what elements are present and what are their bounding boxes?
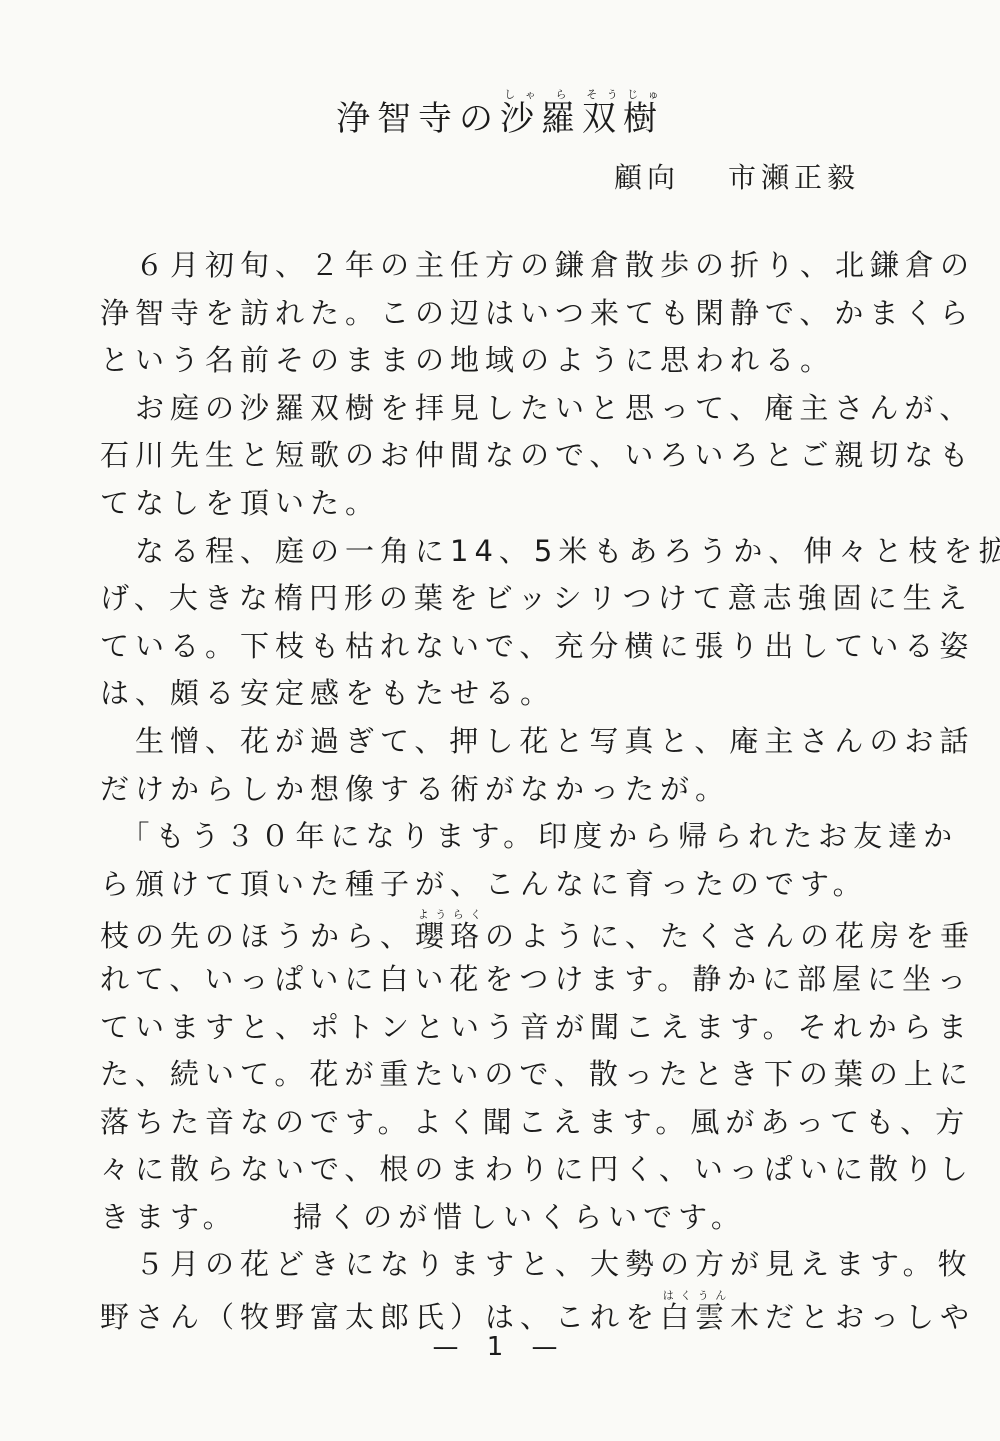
text-line: 「もう３０年になります。印度から帰られたお友達か <box>100 813 912 861</box>
ruby-annotated-text: 瓔よう <box>415 919 450 953</box>
text-line: げ、大きな楕円形の葉をビッシリつけて意志強固に生え <box>100 575 912 623</box>
text-line: 落ちた音なのです。よく聞こえます。風があっても、方 <box>100 1099 912 1147</box>
text-line: てなしを頂いた。 <box>100 480 912 528</box>
text-line: ら頒けて頂いた種子が、こんなに育ったのです。 <box>100 861 912 909</box>
byline: 顧向市瀬正毅 <box>0 158 1000 198</box>
document-title: 浄智寺の沙しゃ羅ら双そう樹じゅ <box>0 88 1000 146</box>
text-line: た、続いて。花が重たいので、散ったとき下の葉の上に <box>100 1051 912 1099</box>
ruby-annotated-text: 珞らく <box>450 919 485 953</box>
text-line: 枝の先のほうから、瓔よう珞らくのように、たくさんの花房を垂 <box>100 908 912 956</box>
ruby-annotated-text: 双そう <box>582 99 623 139</box>
text-line: 野さん（牧野富太郎氏）は、これを白はく雲うん木だとおっしや <box>100 1289 912 1337</box>
document-body: ６月初旬、２年の主任方の鎌倉散歩の折り、北鎌倉の浄智寺を訪れた。この辺はいつ来て… <box>100 242 912 1337</box>
document-page: 浄智寺の沙しゃ羅ら双そう樹じゅ 顧向市瀬正毅 ６月初旬、２年の主任方の鎌倉散歩の… <box>0 0 1000 1441</box>
text-line: 生憎、花が過ぎて、押し花と写真と、庵主さんのお話 <box>100 718 912 766</box>
text-line: だけからしか想像する術がなかったが。 <box>100 766 912 814</box>
ruby-annotated-text: 雲うん <box>695 1300 730 1334</box>
text-line: という名前そのままの地域のように思われる。 <box>100 337 912 385</box>
page-number: — 1 — <box>0 1332 1000 1362</box>
byline-role: 顧向 <box>614 161 680 194</box>
text-line: 々に散らないで、根のまわりに円く、いっぱいに散りし <box>100 1146 912 1194</box>
text-line: れて、いっぱいに白い花をつけます。静かに部屋に坐っ <box>100 956 912 1004</box>
text-line: ５月の花どきになりますと、大勢の方が見えます。牧 <box>100 1241 912 1289</box>
text-line: きます。 掃くのが惜しいくらいです。 <box>100 1194 912 1242</box>
ruby-annotated-text: 白はく <box>660 1300 695 1334</box>
text-line: ていますと、ポトンという音が聞こえます。それからま <box>100 1004 912 1052</box>
ruby-annotated-text: 羅ら <box>541 99 582 139</box>
text-line: ６月初旬、２年の主任方の鎌倉散歩の折り、北鎌倉の <box>100 242 912 290</box>
text-line: は、頗る安定感をもたせる。 <box>100 670 912 718</box>
byline-author: 市瀬正毅 <box>728 161 860 194</box>
text-line: 浄智寺を訪れた。この辺はいつ来ても閑静で、かまくら <box>100 290 912 338</box>
text-line: お庭の沙羅双樹を拝見したいと思って、庵主さんが、 <box>100 385 912 433</box>
ruby-annotated-text: 樹じゅ <box>623 99 664 139</box>
text-line: ている。下枝も枯れないで、充分横に張り出している姿 <box>100 623 912 671</box>
text-line: なる程、庭の一角に14、5米もあろうか、伸々と枝を拡 <box>100 528 912 576</box>
text-line: 石川先生と短歌のお仲間なので、いろいろとご親切なも <box>100 432 912 480</box>
ruby-annotated-text: 沙しゃ <box>500 99 541 139</box>
